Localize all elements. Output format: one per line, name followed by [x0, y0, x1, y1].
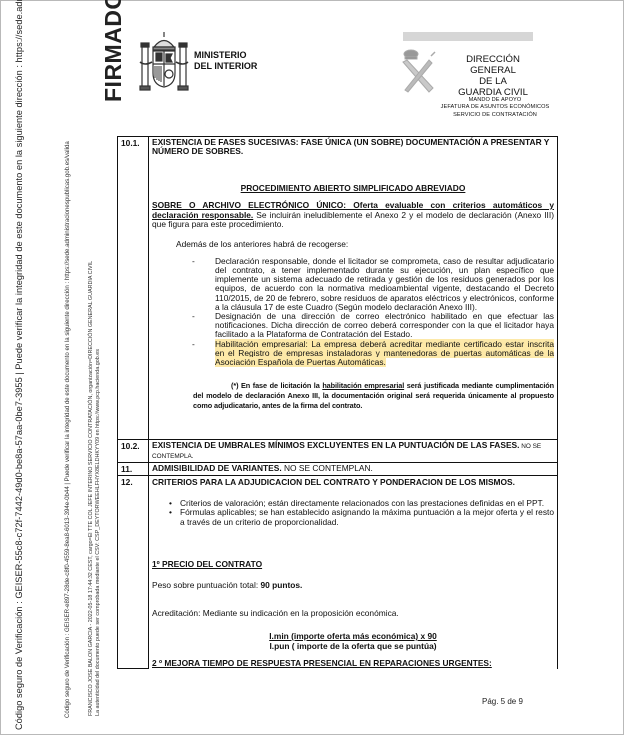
clause-content: ADMISIBILIDAD DE VARIANTES. NO SE CONTEM…: [149, 463, 558, 476]
price-formula: I.min (importe oferta más económica) x 9…: [152, 631, 554, 651]
coat-of-arms-icon: [138, 30, 190, 92]
directorate-name: DIRECCIÓN GENERAL DE LA GUARDIA CIVIL: [443, 54, 543, 98]
price-section-title: 1º PRECIO DEL CONTRATO: [152, 559, 554, 569]
criteria-list: Criterios de valoración; están directame…: [152, 499, 554, 527]
clause-number: 12.: [118, 476, 149, 669]
authenticity-line: La autenticidad del documento puede ser …: [95, 349, 101, 716]
clause-content: CRITERIOS PARA LA ADJUDICACION DEL CONTR…: [149, 476, 558, 669]
signed-stamp: FIRMADO: [100, 0, 127, 102]
signature-info-line: FRANCISCO JOSE BALON GARCIA - 2022-05-18…: [88, 261, 94, 716]
table-row: 12. CRITERIOS PARA LA ADJUDICACION DEL C…: [118, 476, 558, 669]
ministry-name: MINISTERIO DEL INTERIOR: [194, 50, 257, 72]
header-gray-bar: [403, 32, 533, 41]
requirements-list: Declaración responsable, donde el licita…: [152, 257, 554, 367]
conditions-table: 10.1. EXISTENCIA DE FASES SUCESIVAS: FAS…: [117, 136, 558, 669]
list-item: Declaración responsable, donde el licita…: [215, 257, 554, 312]
response-time-section-title: 2 º MEJORA TIEMPO DE RESPUESTA PRESENCIA…: [152, 658, 554, 668]
csv-verification-line-1: Código seguro de Verificación : GEISER-5…: [14, 0, 24, 730]
table-row: 10.2. EXISTENCIA DE UMBRALES MÍNIMOS EXC…: [118, 440, 558, 463]
clause-number: 11.: [118, 463, 149, 476]
procedure-title: PROCEDIMIENTO ABIERTO SIMPLIFICADO ABREV…: [152, 183, 554, 193]
table-row: 10.1. EXISTENCIA DE FASES SUCESIVAS: FAS…: [118, 137, 558, 440]
envelope-paragraph: SOBRE O ARCHIVO ELECTRÓNICO ÚNICO: Ofert…: [152, 201, 554, 230]
csv-verification-line-2: Código seguro de Verificación : GEISER-e…: [64, 141, 71, 718]
clause-content: EXISTENCIA DE FASES SUCESIVAS: FASE ÚNIC…: [149, 137, 558, 440]
licensing-note: (*) En fase de licitación la habilitació…: [193, 381, 554, 411]
additional-intro: Además de los anteriores habrá de recoge…: [176, 239, 554, 249]
guardia-civil-emblem-icon: [399, 48, 441, 94]
weight-line: Peso sobre puntuación total: 90 puntos.: [152, 580, 554, 590]
service-unit: MANDO DE APOYO JEFATURA DE ASUNTOS ECONÓ…: [420, 97, 570, 119]
clause-title: EXISTENCIA DE FASES SUCESIVAS: FASE ÚNIC…: [152, 138, 554, 156]
clause-title: CRITERIOS PARA LA ADJUDICACION DEL CONTR…: [152, 477, 554, 487]
clause-number: 10.2.: [118, 440, 149, 463]
clause-content: EXISTENCIA DE UMBRALES MÍNIMOS EXCLUYENT…: [149, 440, 558, 463]
list-item: Habilitación empresarial: La empresa deb…: [215, 340, 554, 368]
page-number: Pág. 5 de 9: [482, 697, 523, 706]
list-item: Designación de una dirección de correo e…: [215, 312, 554, 340]
accreditation-line: Acreditación: Mediante su indicación en …: [152, 608, 554, 618]
list-item: Fórmulas aplicables; se han establecido …: [180, 508, 554, 527]
clause-number: 10.1.: [118, 137, 149, 440]
table-row: 11. ADMISIBILIDAD DE VARIANTES. NO SE CO…: [118, 463, 558, 476]
